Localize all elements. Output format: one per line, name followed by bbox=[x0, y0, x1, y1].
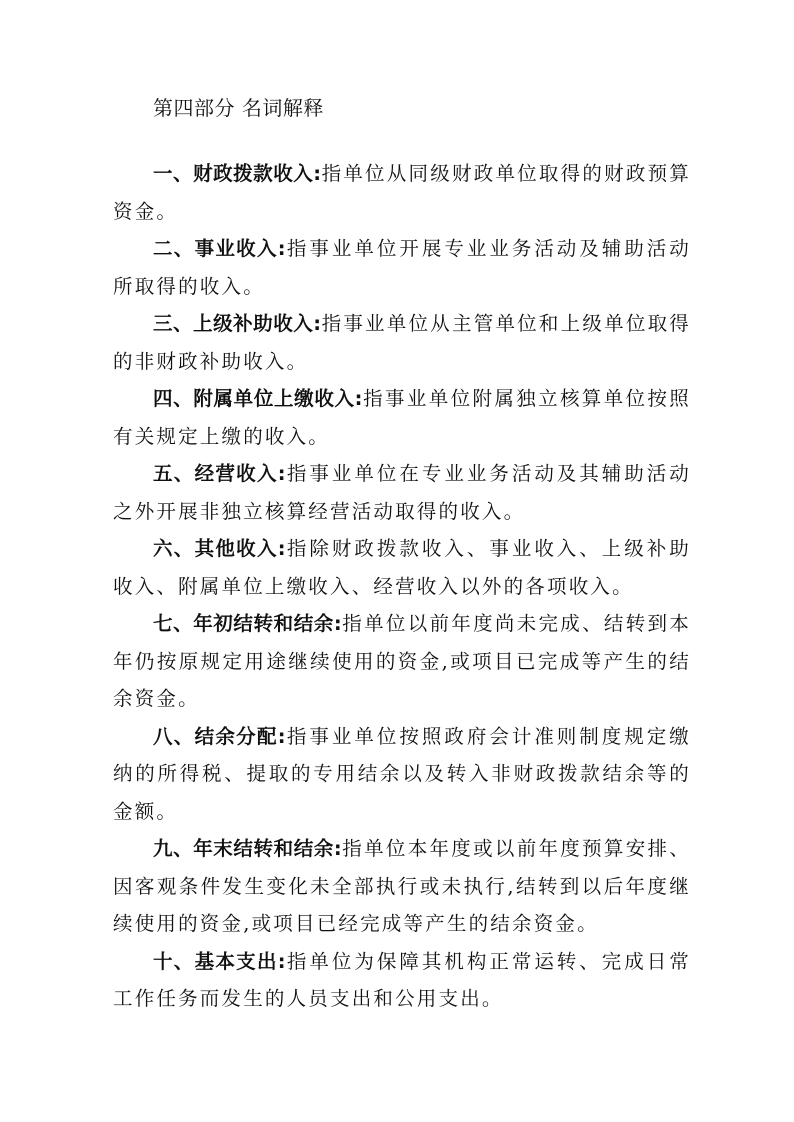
glossary-term: 四、附属单位上缴收入: bbox=[153, 387, 363, 410]
glossary-entry: 二、事业收入:指事业单位开展专业业务活动及辅助活动所取得的收入。 bbox=[113, 230, 691, 305]
glossary-entry: 四、附属单位上缴收入:指事业单位附属独立核算单位按照有关规定上缴的收入。 bbox=[113, 380, 691, 455]
glossary-term: 十、基本支出: bbox=[153, 950, 286, 973]
glossary-entry: 六、其他收入:指除财政拨款收入、事业收入、上级补助收入、附属单位上缴收入、经营收… bbox=[113, 530, 691, 605]
glossary-term: 三、上级补助收入: bbox=[153, 312, 322, 335]
glossary-entry: 五、经营收入:指事业单位在专业业务活动及其辅助活动之外开展非独立核算经营活动取得… bbox=[113, 455, 691, 530]
glossary-entry: 九、年末结转和结余:指单位本年度或以前年度预算安排、因客观条件发生变化未全部执行… bbox=[113, 830, 691, 943]
glossary-term: 七、年初结转和结余: bbox=[153, 612, 342, 635]
glossary-term: 一、财政拨款收入: bbox=[153, 162, 322, 185]
glossary-term: 九、年末结转和结余: bbox=[153, 837, 342, 860]
glossary-entry: 十、基本支出:指单位为保障其机构正常运转、完成日常工作任务而发生的人员支出和公用… bbox=[113, 943, 691, 1018]
glossary-term: 八、结余分配: bbox=[153, 725, 286, 748]
glossary-entry: 七、年初结转和结余:指单位以前年度尚未完成、结转到本年仍按原规定用途继续使用的资… bbox=[113, 605, 691, 718]
section-title: 第四部分 名词解释 bbox=[153, 92, 691, 121]
document-page: 第四部分 名词解释 一、财政拨款收入:指单位从同级财政单位取得的财政预算资金。 … bbox=[113, 92, 691, 1018]
glossary-entry: 一、财政拨款收入:指单位从同级财政单位取得的财政预算资金。 bbox=[113, 155, 691, 230]
glossary-entry: 八、结余分配:指事业单位按照政府会计准则制度规定缴纳的所得税、提取的专用结余以及… bbox=[113, 718, 691, 831]
glossary-term: 二、事业收入: bbox=[153, 237, 286, 260]
glossary-term: 五、经营收入: bbox=[153, 462, 286, 485]
glossary-entry: 三、上级补助收入:指事业单位从主管单位和上级单位取得的非财政补助收入。 bbox=[113, 305, 691, 380]
glossary-term: 六、其他收入: bbox=[153, 537, 286, 560]
